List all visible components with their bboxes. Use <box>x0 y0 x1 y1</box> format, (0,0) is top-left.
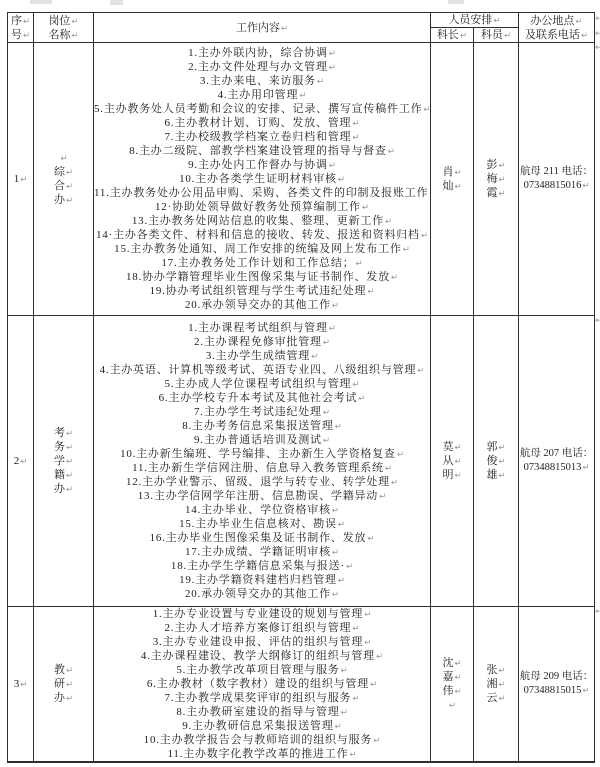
task-line-text: 12·协助处领导做好教务处预算编制工作 <box>155 201 361 213</box>
position-cell: ↵综↵合↵办↵ <box>34 43 94 316</box>
name-char: 雄↵ <box>474 468 518 482</box>
task-line: 9.主办教研信息采集报送管理↵ <box>94 719 430 733</box>
header-tasks-cell: 工作内容↵ <box>94 13 431 43</box>
chief-name-cell: 莫↵从↵明↵ <box>431 316 474 607</box>
paragraph-mark-icon: ↵ <box>66 680 73 690</box>
paragraph-mark-icon: ↵ <box>454 659 461 669</box>
task-line-text: 14·主办各类文件、材料和信息的接收、转发、报送和资料归档 <box>96 229 420 241</box>
row-end-mark: ↵ <box>595 15 600 24</box>
office-line: 航母 211 电话： <box>519 165 594 179</box>
paragraph-mark-icon: ↵ <box>575 17 582 27</box>
paragraph-mark-icon: ↵ <box>341 666 348 676</box>
task-line: 4.主办用印管理↵ <box>94 88 430 102</box>
task-line: 5.主办成人学位课程考试组织与管理↵ <box>94 377 430 391</box>
task-line-text: 1.主办课程考试组织与管理 <box>188 322 328 334</box>
office-cell: 航母 211 电话：07348815016↵ <box>519 43 595 316</box>
office-line: 航母 209 电话： <box>519 670 594 684</box>
task-line: 4.主办英语、计算机等级考试、英语专业四、八级组织与管理↵ <box>94 363 430 377</box>
paragraph-mark-icon: ↵ <box>493 16 500 26</box>
task-line: 10.主办各类学生证明材料审核↵ <box>94 172 430 186</box>
office-line-text: 07348815013 <box>524 462 582 473</box>
task-line: 20.承办领导交办的其他工作↵ <box>94 298 430 312</box>
paragraph-mark-icon: ↵ <box>454 687 461 697</box>
header-line: 序↵ <box>8 14 33 28</box>
paragraph-mark-icon: ↵ <box>385 464 392 474</box>
task-line-text: 7.主办校级教学档案立卷归档和管理 <box>165 131 352 143</box>
task-line-text: 6.主办教材（数字教材）建设的组织与管理 <box>147 678 369 690</box>
paragraph-mark-icon: ↵ <box>498 471 505 481</box>
row-end-mark: ↵ <box>595 44 600 53</box>
name-char: 梅↵ <box>474 172 518 186</box>
name-char: 从↵ <box>431 454 473 468</box>
section-row-3: 3↵ 教↵研↵办↵ 1.主办专业设置与专业建设的规划与管理↵2.主办人才培养方案… <box>8 607 595 763</box>
paragraph-mark-icon: ↵ <box>362 203 369 213</box>
task-line-text: 1.主办专业设置与专业建设的规划与管理 <box>153 608 363 620</box>
paragraph-mark-icon: ↵ <box>332 548 339 558</box>
task-line: 10.主办教学报告会与教师培训的组织与服务↵ <box>94 733 430 747</box>
section-row-2: 2↵ 考↵务↵学↵籍↵办↵ 1.主办课程考试组织与管理↵2.主办课程免修审批管理… <box>8 316 595 607</box>
task-line: 9.主办普通话培训及测试↵ <box>94 433 430 447</box>
name-char-text: 俊 <box>486 455 497 467</box>
task-line-text: 5.主办教学改革项目管理与服务 <box>176 664 339 676</box>
paragraph-mark-icon: ↵ <box>329 324 336 334</box>
task-line-text: 18.主办学生学籍信息采集与报送· <box>171 560 345 572</box>
task-line-text: 10.主办各类学生证明材料审核 <box>179 173 337 185</box>
paragraph-mark-icon: ↵ <box>317 77 324 87</box>
task-line-text: 6.主办教材计划、订购、发放、管理 <box>165 117 352 129</box>
name-char-text: 云 <box>486 692 497 704</box>
task-line: 16.主办毕业生图像采集及证书制作、发放↵ <box>94 531 430 545</box>
paragraph-mark-icon: ↵ <box>332 590 339 600</box>
task-line-text: 19.主办学籍资料建档归档管理 <box>179 574 337 586</box>
paragraph-mark-icon: ↵ <box>338 520 345 530</box>
task-line-text: 20.承办领导交办的其他工作 <box>185 588 331 600</box>
member-name-cell: 郭↵俊↵雄↵ <box>474 316 519 607</box>
task-line-text: 4.主办课程建设、教学大纲修订的组织与管理 <box>141 650 375 662</box>
task-line: 11.主办教务处办公用品申购、采购、各类文件的印制及报账工作↵ <box>94 186 430 200</box>
paragraph-mark-icon: ↵ <box>454 182 461 192</box>
task-line: 5.主办教学改革项目管理与服务↵ <box>94 663 430 677</box>
paragraph-mark-icon: ↵ <box>335 722 342 732</box>
name-char: 伟↵ <box>431 684 473 698</box>
paragraph-mark-icon: ↵ <box>66 457 73 467</box>
paragraph-mark-icon: ↵ <box>454 168 461 178</box>
task-line-text: 20.承办领导交办的其他工作 <box>185 299 331 311</box>
name-char-text: 霞 <box>486 187 497 199</box>
position-char: 籍↵ <box>34 468 93 482</box>
paragraph-mark-icon: ↵ <box>454 471 461 481</box>
header-line-text: 号 <box>11 29 22 41</box>
paragraph-mark-icon: ↵ <box>454 457 461 467</box>
name-char-text: 肖 <box>442 166 453 178</box>
paragraph-mark-icon: ↵ <box>391 273 398 283</box>
position-char: 务↵ <box>34 440 93 454</box>
header-line-text: 科长 <box>437 29 459 41</box>
task-line-text: 11.主办数字化教学改革的推进工作 <box>167 748 348 760</box>
task-line-text: 10.主办新生编班、学号编排、主办新生入学资格复查 <box>120 448 396 460</box>
office-cell: 航母 209 电话：07348815015↵ <box>519 607 595 763</box>
task-line: 6.主办学校专升本考试及其他社会考试↵ <box>94 391 430 405</box>
task-line: 1.主办专业设置与专业建设的规划与管理↵ <box>94 607 430 621</box>
task-line: 20.承办领导交办的其他工作↵ <box>94 587 430 601</box>
paragraph-mark-icon: ↵ <box>581 31 588 41</box>
paragraph-mark-icon: ↵ <box>385 217 392 227</box>
paragraph-mark-icon: ↵ <box>66 666 73 676</box>
paragraph-mark-icon: ↵ <box>388 147 395 157</box>
task-line: 8.主办二级院、部教学档案建设管理的指导与督查↵ <box>94 144 430 158</box>
chief-name-cell: 肖↵灿↵ <box>431 43 474 316</box>
task-line: 18.协办学籍管理毕业生图像采集与证书制作、发放↵ <box>94 270 430 284</box>
header-staffing-cell: 人员安排↵ <box>431 13 519 28</box>
paragraph-mark-icon: ↵ <box>311 352 318 362</box>
position-char: 办↵ <box>34 193 93 207</box>
paragraph-mark-icon: ↵ <box>367 534 374 544</box>
office-line-text: 07348815016 <box>524 180 582 191</box>
task-line-text: 10.主办教学报告会与教师培训的组织与服务 <box>144 734 373 746</box>
name-char: 云↵ <box>474 691 518 705</box>
paragraph-mark-icon: ↵ <box>323 436 330 446</box>
task-line: 1.主办外联内协，综合协调↵ <box>94 46 430 60</box>
task-line-text: 18.协办学籍管理毕业生图像采集与证书制作、发放 <box>126 271 390 283</box>
paragraph-mark-icon: ↵ <box>449 701 456 711</box>
paragraph-mark-icon: ↵ <box>66 443 73 453</box>
paragraph-mark-icon: ↵ <box>498 161 505 171</box>
task-line-text: 17.主办成绩、学籍证明审核 <box>185 546 331 558</box>
paragraph-mark-icon: ↵ <box>498 443 505 453</box>
position-char: 综↵ <box>34 165 93 179</box>
task-line: 17.主办教务处工作计划和工作总结；↵ <box>94 256 430 270</box>
paragraph-mark-icon: ↵ <box>299 91 306 101</box>
paragraph-mark-icon: ↵ <box>346 562 353 572</box>
task-line: 14·主办各类文件、材料和信息的接收、转发、报送和资料归档↵ <box>94 228 430 242</box>
name-char: 湘↵ <box>474 677 518 691</box>
task-line-text: 3.主办来电、来访服务 <box>200 75 316 87</box>
paragraph-mark-icon: ↵ <box>66 471 73 481</box>
paragraph-mark-icon: ↵ <box>20 457 27 467</box>
task-line-text: 3.主办学生成绩管理 <box>206 350 310 362</box>
office-line-text: 航母 209 电话： <box>520 671 594 682</box>
header-line-text: 名称 <box>48 29 70 41</box>
position-char: 考↵ <box>34 426 93 440</box>
task-line-text: 8.主办教研室建设的指导与管理 <box>176 706 339 718</box>
office-line-text: 航母 207 电话： <box>520 448 594 459</box>
header-line-text: 科员 <box>481 29 503 41</box>
task-line-text: 12.主办学业警示、留级、退学与转专业、转学处理 <box>126 476 390 488</box>
duty-roster-table: 序↵号↵ 岗位↵名称↵ 工作内容↵ 人员安排↵ 办公地点↵及联系电话↵ 科长↵ … <box>7 12 595 763</box>
paragraph-mark-icon: ↵ <box>60 154 67 164</box>
paragraph-mark-icon: ↵ <box>498 694 505 704</box>
task-line: 3.主办专业建设申报、评估的组织与管理↵ <box>94 635 430 649</box>
paragraph-mark-icon: ↵ <box>498 189 505 199</box>
task-line-text: 17.主办教务处工作计划和工作总结； <box>161 257 354 269</box>
tasks-cell: 1.主办课程考试组织与管理↵2.主办课程免修审批管理↵3.主办学生成绩管理↵4.… <box>94 316 431 607</box>
task-line: 19.协办考试组织管理与学生考试违纪处理↵ <box>94 284 430 298</box>
task-line: 2.主办人才培养方案修订组织与管理↵ <box>94 621 430 635</box>
task-line-text: 8.主办二级院、部教学档案建设管理的指导与督查 <box>129 145 387 157</box>
task-line-text: 3.主办专业建设申报、评估的组织与管理 <box>153 636 363 648</box>
header-row-1: 序↵号↵ 岗位↵名称↵ 工作内容↵ 人员安排↵ 办公地点↵及联系电话↵ <box>8 13 595 28</box>
header-line-text: 人员安排 <box>448 14 492 26</box>
header-line: 人员安排↵ <box>431 13 518 27</box>
member-name-cell: 彭↵梅↵霞↵ <box>474 43 519 316</box>
office-cell: 航母 207 电话：07348815013↵ <box>519 316 595 607</box>
task-line: 7.主办学生考试违纪处理↵ <box>94 405 430 419</box>
task-line: 6.主办教材计划、订购、发放、管理↵ <box>94 116 430 130</box>
paragraph-mark-icon: ↵ <box>332 506 339 516</box>
task-line: 7.主办教学成果奖评审的组织与服务↵ <box>94 691 430 705</box>
chief-name-cell: 沈↵嘉↵伟↵↵ <box>431 607 474 763</box>
task-line: 4.主办课程建设、教学大纲修订的组织与管理↵ <box>94 649 430 663</box>
paragraph-mark-icon: ↵ <box>66 168 73 178</box>
task-line-text: 13.主办学信网学年注册、信息勘误、学籍异动 <box>138 490 378 502</box>
task-line: 12.主办学业警示、留级、退学与转专业、转学处理↵ <box>94 475 430 489</box>
name-char-text: 梅 <box>486 173 497 185</box>
task-line: 18.主办学生学籍信息采集与报送·↵ <box>94 559 430 573</box>
position-char-text: 考 <box>54 427 65 439</box>
task-line-text: 15.主办毕业生信息核对、勘误 <box>179 518 337 530</box>
task-line-text: 5.主办教务处人员考勤和会议的安排、记录、撰写宣传稿件工作 <box>94 103 422 115</box>
paragraph-mark-icon: ↵ <box>454 673 461 683</box>
header-line: 科员↵ <box>474 28 518 42</box>
name-char-text: 沈 <box>442 657 453 669</box>
name-char: 沈↵ <box>431 656 473 670</box>
task-line: 5.主办教务处人员考勤和会议的安排、记录、撰写宣传稿件工作↵ <box>94 102 430 116</box>
task-line: 12·协助处领导做好教务处预算编制工作↵ <box>94 200 430 214</box>
header-line: 工作内容↵ <box>94 21 430 35</box>
paragraph-mark-icon: ↵ <box>504 31 511 41</box>
task-line: 8.主办考务信息采集报送管理↵ <box>94 419 430 433</box>
paragraph-mark-icon: ↵ <box>323 338 330 348</box>
paragraph-mark-icon: ↵ <box>429 189 430 199</box>
serial-number-text: 2 <box>14 455 20 467</box>
name-char: 霞↵ <box>474 186 518 200</box>
position-char-text: 籍 <box>54 469 65 481</box>
name-char: 灿↵ <box>431 179 473 193</box>
position-char-text: 研 <box>54 678 65 690</box>
task-line: 7.主办校级教学档案立卷归档和管理↵ <box>94 130 430 144</box>
task-line-text: 7.主办教学成果奖评审的组织与服务 <box>165 692 352 704</box>
position-char-text: 务 <box>54 441 65 453</box>
paragraph-mark-icon: ↵ <box>338 576 345 586</box>
name-char-text: 灿 <box>442 180 453 192</box>
task-line-text: 7.主办学生考试违纪处理 <box>194 406 322 418</box>
header-line: 岗位↵ <box>34 14 93 28</box>
header-line: 科长↵ <box>431 28 473 42</box>
task-line: 3.主办来电、来访服务↵ <box>94 74 430 88</box>
task-line: 11.主办数字化教学改革的推进工作↵ <box>94 747 430 761</box>
position-char-text: 合 <box>54 180 65 192</box>
task-line: 9.主办处内工作督办与协调↵ <box>94 158 430 172</box>
name-char-text: 明 <box>442 469 453 481</box>
serial-cell: 1↵ <box>8 43 34 316</box>
task-line-text: 2.主办文件处理与办文管理 <box>188 61 328 73</box>
paragraph-mark-icon: ↵ <box>352 119 359 129</box>
name-char: 郭↵ <box>474 440 518 454</box>
paragraph-mark-icon: ↵ <box>403 245 410 255</box>
paragraph-mark-icon: ↵ <box>582 181 589 191</box>
serial-cell: 3↵ <box>8 607 34 763</box>
name-char-text: 郭 <box>486 441 497 453</box>
task-line: 2.主办课程免修审批管理↵ <box>94 335 430 349</box>
task-line: 17.主办成绩、学籍证明审核↵ <box>94 545 430 559</box>
task-line: 6.主办教材（数字教材）建设的组织与管理↵ <box>94 677 430 691</box>
position-char-text: 学 <box>54 455 65 467</box>
position-cell: 考↵务↵学↵籍↵办↵ <box>34 316 94 607</box>
serial-number-text: 1 <box>14 173 20 185</box>
paragraph-mark-icon: ↵ <box>281 24 288 34</box>
paragraph-mark-icon: ↵ <box>373 736 380 746</box>
paragraph-mark-icon: ↵ <box>335 422 342 432</box>
header-line-text: 岗位 <box>48 15 70 27</box>
task-line-text: 13.主办教务处网站信息的收集、整理、更新工作 <box>132 215 384 227</box>
task-line: 10.主办新生编班、学号编排、主办新生入学资格复查↵ <box>94 447 430 461</box>
header-line-text: 工作内容 <box>236 22 280 34</box>
header-line: 号↵ <box>8 28 33 42</box>
serial-cell: 2↵ <box>8 316 34 607</box>
row-end-mark: ↵ <box>595 30 600 39</box>
name-char: 明↵ <box>431 468 473 482</box>
paragraph-mark-icon: ↵ <box>370 680 377 690</box>
name-char-text: 从 <box>442 455 453 467</box>
office-line: 07348815015↵ <box>519 684 594 698</box>
name-char: 肖↵ <box>431 165 473 179</box>
task-line-text: 4.主办英语、计算机等级考试、英语专业四、八级组织与管理 <box>100 364 417 376</box>
header-line: 名称↵ <box>34 28 93 42</box>
name-char: 莫↵ <box>431 440 473 454</box>
paragraph-mark-icon: ↵ <box>397 450 404 460</box>
position-char: ↵ <box>34 151 93 165</box>
office-line-text: 航母 211 电话： <box>520 166 593 177</box>
position-char-text: 综 <box>54 166 65 178</box>
task-line: 13.主办教务处网站信息的收集、整理、更新工作↵ <box>94 214 430 228</box>
position-char-text: 教 <box>54 664 65 676</box>
serial-number: 2↵ <box>8 454 33 468</box>
paragraph-mark-icon: ↵ <box>329 161 336 171</box>
paragraph-mark-icon: ↵ <box>66 182 73 192</box>
paragraph-mark-icon: ↵ <box>20 680 27 690</box>
paragraph-mark-icon: ↵ <box>338 175 345 185</box>
header-office-cell: 办公地点↵及联系电话↵ <box>519 13 595 43</box>
paragraph-mark-icon: ↵ <box>391 478 398 488</box>
row-end-mark: ↵ <box>595 317 600 326</box>
position-char-text: 办 <box>54 692 65 704</box>
paragraph-mark-icon: ↵ <box>421 231 428 241</box>
task-line: 19.主办学籍资料建档归档管理↵ <box>94 573 430 587</box>
paragraph-mark-icon: ↵ <box>329 63 336 73</box>
paragraph-mark-icon: ↵ <box>20 175 27 185</box>
header-chief-cell: 科长↵ <box>431 28 474 43</box>
task-line-text: 11.主办教务处办公用品申购、采购、各类文件的印制及报账工作 <box>94 187 428 199</box>
position-char: 教↵ <box>34 663 93 677</box>
paragraph-mark-icon: ↵ <box>352 133 359 143</box>
paragraph-mark-icon: ↵ <box>329 49 336 59</box>
task-line-text: 15.主办教务处通知、周工作安排的统编及网上发布工作 <box>114 243 402 255</box>
paragraph-mark-icon: ↵ <box>454 443 461 453</box>
paragraph-mark-icon: ↵ <box>498 666 505 676</box>
task-line-text: 4.主办用印管理 <box>218 89 299 101</box>
tasks-cell: 1.主办专业设置与专业建设的规划与管理↵2.主办人才培养方案修订组织与管理↵3.… <box>94 607 431 763</box>
serial-number: 1↵ <box>8 172 33 186</box>
paragraph-mark-icon: ↵ <box>376 652 383 662</box>
name-char: 张↵ <box>474 663 518 677</box>
paragraph-mark-icon: ↵ <box>349 750 356 760</box>
position-char-text: 办 <box>54 483 65 495</box>
serial-number: 3↵ <box>8 677 33 691</box>
position-char: 学↵ <box>34 454 93 468</box>
paragraph-mark-icon: ↵ <box>352 380 359 390</box>
position-char: 办↵ <box>34 691 93 705</box>
header-line: 办公地点↵ <box>519 14 594 28</box>
paragraph-mark-icon: ↵ <box>364 638 371 648</box>
paragraph-mark-icon: ↵ <box>71 31 78 41</box>
task-line: 2.主办文件处理与办文管理↵ <box>94 60 430 74</box>
task-line-text: 5.主办成人学位课程考试组织与管理 <box>165 378 352 390</box>
task-line-text: 9.主办处内工作督办与协调 <box>188 159 328 171</box>
paragraph-mark-icon: ↵ <box>498 175 505 185</box>
name-char-text: 雄 <box>486 469 497 481</box>
task-line-text: 11.主办新生学信网注册、信息导入教务管理系统 <box>132 462 384 474</box>
name-char: 俊↵ <box>474 454 518 468</box>
office-line: 07348815016↵ <box>519 179 594 193</box>
smudge-artifact <box>110 0 123 5</box>
office-line-text: 07348815015 <box>524 685 582 696</box>
paragraph-mark-icon: ↵ <box>66 196 73 206</box>
paragraph-mark-icon: ↵ <box>364 610 371 620</box>
paragraph-mark-icon: ↵ <box>498 680 505 690</box>
task-line: 13.主办学信网学年注册、信息勘误、学籍异动↵ <box>94 489 430 503</box>
smudge-artifact <box>448 0 464 4</box>
name-char-text: 伟 <box>442 685 453 697</box>
header-member-cell: 科员↵ <box>474 28 519 43</box>
task-line-text: 8.主办考务信息采集报送管理 <box>182 420 333 432</box>
position-char-text: 办 <box>54 194 65 206</box>
task-line-text: 2.主办人才培养方案修订组织与管理 <box>165 622 352 634</box>
task-line: 15.主办教务处通知、周工作安排的统编及网上发布工作↵ <box>94 242 430 256</box>
office-line: 07348815013↵ <box>519 461 594 475</box>
paragraph-mark-icon: ↵ <box>71 17 78 27</box>
task-line-text: 2.主办课程免修审批管理 <box>194 336 322 348</box>
name-char-text: 湘 <box>486 678 497 690</box>
paragraph-mark-icon: ↵ <box>356 259 363 269</box>
task-line: 8.主办教研室建设的指导与管理↵ <box>94 705 430 719</box>
paragraph-mark-icon: ↵ <box>66 694 73 704</box>
name-char: 嘉↵ <box>431 670 473 684</box>
task-line: 3.主办学生成绩管理↵ <box>94 349 430 363</box>
name-char-text: 莫 <box>442 441 453 453</box>
row-end-mark: ↵ <box>595 608 600 617</box>
name-char-text: 嘉 <box>442 671 453 683</box>
header-line-text: 及联系电话 <box>525 29 580 41</box>
position-char: 合↵ <box>34 179 93 193</box>
paragraph-mark-icon: ↵ <box>341 708 348 718</box>
task-line: 14.主办毕业、学位资格审核↵ <box>94 503 430 517</box>
paragraph-mark-icon: ↵ <box>352 694 359 704</box>
paragraph-mark-icon: ↵ <box>582 463 589 473</box>
paragraph-mark-icon: ↵ <box>23 31 30 41</box>
task-line-text: 16.主办毕业生图像采集及证书制作、发放 <box>150 532 367 544</box>
paragraph-mark-icon: ↵ <box>423 105 430 115</box>
task-line-text: 14.主办毕业、学位资格审核 <box>185 504 331 516</box>
paragraph-mark-icon: ↵ <box>66 485 73 495</box>
paragraph-mark-icon: ↵ <box>323 408 330 418</box>
task-line-text: 6.主办学校专升本考试及其他社会考试 <box>159 392 358 404</box>
section-row-1: 1↵ ↵综↵合↵办↵ 1.主办外联内协，综合协调↵2.主办文件处理与办文管理↵3… <box>8 43 595 316</box>
member-name-cell: 张↵湘↵云↵ <box>474 607 519 763</box>
task-line: 1.主办课程考试组织与管理↵ <box>94 321 430 335</box>
position-char: 办↵ <box>34 482 93 496</box>
office-line: 航母 207 电话： <box>519 447 594 461</box>
paragraph-mark-icon: ↵ <box>367 287 374 297</box>
